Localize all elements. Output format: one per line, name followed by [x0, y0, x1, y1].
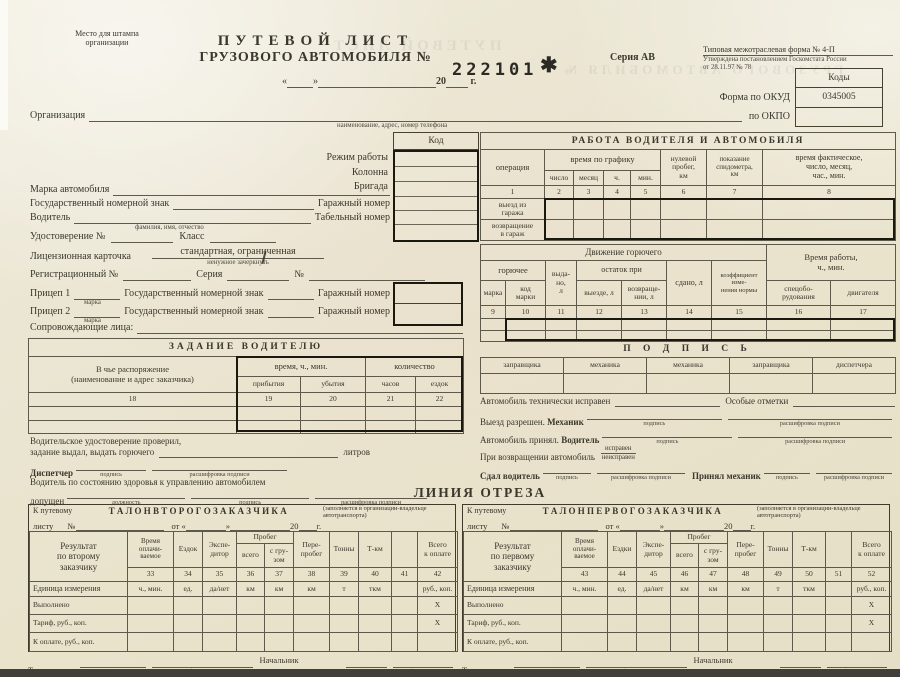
page-title-line1: ПУТЕВОЙ ЛИСТ	[178, 33, 453, 50]
form-cell: км	[671, 582, 699, 597]
form-cell: т	[764, 582, 793, 597]
form-cell: 10	[506, 306, 546, 319]
talon-second-customer: К путевому Т А Л О Н В Т О Р О Г О З А К…	[28, 504, 456, 652]
form-number-note: Типовая межотраслевая форма № 4-П	[703, 45, 893, 56]
form-cell	[546, 319, 577, 331]
form-cell	[416, 407, 464, 421]
form-cell: К оплате, руб., коп.	[464, 633, 562, 652]
talon2-tariff-row: Тариф, руб., коп.X	[30, 615, 458, 633]
form-cell	[294, 633, 330, 652]
blank-signature	[827, 657, 887, 668]
issued-header-cell: выда- но, л	[546, 261, 577, 306]
license-line: Удостоверение №Класс	[30, 231, 276, 243]
form-cell: 37	[265, 568, 294, 582]
receiver-signature: подпись	[764, 463, 810, 482]
blank-month	[318, 77, 436, 88]
form-cell: 50	[793, 568, 826, 582]
decor: заправщикамеханикамеханиказаправщикадисп…	[481, 358, 896, 394]
task-title-row: ЗАДАНИЕ ВОДИТЕЛЮ	[29, 339, 464, 357]
work-header-row: операция время по графику нулевой пробег…	[481, 150, 896, 171]
operation-header-cell: операция	[481, 150, 545, 186]
exit-allowed-label: Выезд разрешен.	[480, 417, 545, 428]
form-cell	[730, 374, 813, 394]
exit-allowed-line: Выезд разрешен. Механик подпись расшифро…	[480, 409, 895, 428]
form-cell: да/нет	[637, 582, 671, 597]
blank-signature	[780, 657, 821, 668]
year-suffix: г.	[471, 76, 477, 88]
form-cell	[831, 319, 896, 331]
signature-section-title: П О Д П И С Ь	[480, 344, 895, 354]
blank-license-number	[111, 232, 173, 243]
task-entry-row	[29, 421, 464, 434]
form-cell	[392, 597, 418, 615]
blank-class	[210, 232, 276, 243]
blank-talon-month	[230, 520, 290, 531]
form-cell: 35	[203, 568, 237, 582]
blank-special-notes	[793, 396, 895, 407]
form-cell: ч., мин.	[128, 582, 174, 597]
form-cell: руб., коп.	[852, 582, 892, 597]
blank-organization	[89, 111, 742, 122]
overrun-header: Пере- пробег	[294, 532, 330, 568]
form-cell	[301, 421, 366, 434]
form-cell: 45	[637, 568, 671, 582]
form-cell	[174, 633, 203, 652]
driver-task-table: ЗАДАНИЕ ВОДИТЕЛЮ В чье распоряжение (наи…	[28, 338, 464, 434]
time-header-cell: время, ч., мин.	[237, 357, 366, 377]
talon2-caption: К путевому Т А Л О Н В Т О Р О Г О З А К…	[29, 505, 455, 531]
talon1-note: (заполняется в организации-владельце авт…	[757, 506, 885, 520]
talon2-note: (заполняется в организации-владельце авт…	[323, 506, 451, 520]
form-cell: Тариф, руб., коп.	[30, 615, 128, 633]
form-cell: выезд из гаража	[481, 199, 545, 220]
form-cell: 13	[622, 306, 667, 319]
code-entry-box	[393, 150, 479, 242]
form-cell	[294, 615, 330, 633]
talon1-units-row: Единица измеренияч., мин.ед.да/неткмкмкм…	[464, 582, 892, 597]
form-cell	[608, 633, 637, 652]
garage-number-label: Гаражный номер	[318, 198, 390, 210]
form-cell: спецобо- рудования	[767, 281, 831, 306]
blank-vehicle-make	[113, 185, 390, 196]
task-table-title: ЗАДАНИЕ ВОДИТЕЛЮ	[29, 339, 464, 357]
blank-talon-year	[299, 520, 317, 531]
form-cell	[852, 633, 892, 652]
form-cell: 42	[418, 568, 458, 582]
form-cell: 11	[546, 306, 577, 319]
run-header: Пробег	[237, 532, 294, 544]
blank-talon-number	[510, 520, 598, 531]
form-cell: 5	[631, 186, 661, 199]
card-options-text: стандартная, ограниченная	[152, 246, 324, 259]
scan-edge-left	[0, 0, 8, 130]
form-cell	[174, 615, 203, 633]
form-cell	[416, 421, 464, 434]
fuel-numbers-row: 91011121314151617	[481, 306, 896, 319]
work-mode-label: Режим работы	[288, 152, 388, 164]
paid-time-header: Время оплачи- ваемое	[128, 532, 174, 568]
form-cell: 52	[852, 568, 892, 582]
form-cell	[562, 597, 608, 615]
form-cell: 1	[481, 186, 545, 199]
tkm-header: Т-км	[359, 532, 392, 568]
form-cell	[604, 199, 631, 220]
registration-line: Регистрационный №Серия№	[30, 269, 425, 281]
form-cell: 4	[604, 186, 631, 199]
overrun-header: Пере- пробег	[728, 532, 764, 568]
card-series-label: Серия	[196, 269, 222, 281]
driver-signature-full: расшифровка подписи	[738, 427, 892, 446]
coefficient-header-cell: коэффициент изме- нения нормы	[712, 261, 767, 306]
form-cell: X	[418, 597, 458, 615]
form-cell	[671, 597, 699, 615]
form-cell	[545, 220, 574, 241]
card-no-label: №	[294, 269, 304, 281]
form-cell: ткм	[793, 582, 826, 597]
zero-run-header-cell: нулевой пробег, км	[661, 150, 707, 186]
blank-col-header	[392, 532, 418, 568]
form-cell	[707, 199, 763, 220]
signature-full-hint: расшифровка подписи	[611, 474, 671, 482]
fuel-table: Движение горючего Время работы, ч., мин.…	[480, 244, 896, 342]
form-cell	[481, 374, 564, 394]
form-cell	[545, 199, 574, 220]
form-cell	[574, 199, 604, 220]
form-cell: Единица измерения	[30, 582, 128, 597]
talon-no-label: №	[501, 521, 509, 531]
form-cell	[647, 374, 730, 394]
form-cell	[330, 615, 359, 633]
form-cell	[793, 597, 826, 615]
form-cell	[128, 615, 174, 633]
form-cell: 47	[699, 568, 728, 582]
vehicle-make-label: Марка автомобиля	[30, 184, 109, 196]
blank-technically-ok	[615, 396, 720, 407]
remainder-header-cell: остаток при	[577, 261, 667, 281]
blank-signature	[764, 463, 810, 474]
license-checked-line: Водительское удостоверение проверил,	[30, 436, 181, 447]
license-card-label: Лицензионная карточка	[30, 251, 131, 263]
driver-signature: подпись	[602, 427, 732, 446]
form-cell	[359, 633, 392, 652]
form-cell	[562, 615, 608, 633]
form-cell	[767, 319, 831, 331]
blank-signature	[602, 427, 732, 438]
license-card-options: стандартная, ограниченная ненужное зачер…	[152, 246, 324, 267]
form-cell	[392, 633, 418, 652]
form-cell: 3	[574, 186, 604, 199]
technically-ok-label: Автомобиль технически исправен	[480, 396, 610, 407]
scan-edge-bottom	[0, 669, 900, 677]
form-cell	[237, 633, 265, 652]
registration-number-label: Регистрационный №	[30, 269, 118, 281]
form-cell: код марки	[506, 281, 546, 306]
blank-talon-year	[733, 520, 751, 531]
code-cell	[395, 182, 477, 197]
form-approved-note: Утверждена постановлением Госкомстата Ро…	[703, 56, 893, 64]
talon2-header-row: Результат по второму заказчику Время опл…	[30, 532, 458, 544]
form-cell: всего	[237, 544, 265, 568]
form-cell	[712, 319, 767, 331]
form-cell	[667, 319, 712, 331]
task-entry-row	[29, 407, 464, 421]
total-pay-header: Всего к оплате	[418, 532, 458, 568]
form-cell: число	[545, 171, 574, 186]
state-plate-line: Государственный номерной знакГаражный но…	[30, 198, 390, 210]
form-cell: 9	[481, 306, 506, 319]
form-cell	[359, 597, 392, 615]
form-cell	[763, 220, 896, 241]
talon-no-label: №	[67, 521, 75, 531]
fuel-title-row: Движение горючего Время работы, ч., мин.	[481, 245, 896, 261]
form-cell: заправщика	[481, 358, 564, 374]
blank-escort	[137, 323, 463, 334]
form-cell: 21	[366, 393, 416, 407]
form-cell: X	[418, 615, 458, 633]
form-cell: да/нет	[203, 582, 237, 597]
work-time-header-cell: Время работы, ч., мин.	[767, 245, 896, 281]
form-cell	[265, 597, 294, 615]
form-cell: 17	[831, 306, 896, 319]
vehicle-make-line: Марка автомобиля	[30, 184, 390, 196]
work-title-row: РАБОТА ВОДИТЕЛЯ И АВТОМОБИЛЯ	[481, 133, 896, 150]
trailer2-plate-label: Государственный номерной знак	[124, 306, 263, 318]
form-cell	[637, 615, 671, 633]
blank-driver-name	[74, 213, 311, 224]
trailer1-label: Прицеп 1	[30, 288, 70, 300]
talon1-caption: К путевому Т А Л О Н П Е Р В О Г О З А К…	[463, 505, 889, 531]
mechanic-signature-full: расшифровка подписи	[728, 409, 892, 428]
blank-card-number	[309, 270, 425, 281]
form-cell: 41	[392, 568, 418, 582]
form-cell	[564, 374, 647, 394]
form-title: ПУТЕВОЙ ЛИСТ ГРУЗОВОГО АВТОМОБИЛЯ №	[178, 33, 453, 66]
blank-signature	[514, 657, 581, 668]
form-cell	[392, 582, 418, 597]
trailer2-label: Прицеп 2	[30, 306, 70, 318]
form-cell: 6	[661, 186, 707, 199]
form-cell	[622, 331, 667, 342]
form-cell	[826, 615, 852, 633]
dispatcher-signature-full: расшифровка подписи	[152, 460, 287, 479]
talon-year-prefix: 20	[290, 521, 299, 531]
blank-col-header	[826, 532, 852, 568]
talon2-payable-row: К оплате, руб., коп.	[30, 633, 458, 652]
form-cell	[763, 199, 896, 220]
talon1-title: Т А Л О Н П Е Р В О Г О З А К А З Ч И К …	[543, 506, 721, 516]
form-cell	[330, 597, 359, 615]
talon1-table: Результат по первому заказчику Время опл…	[463, 531, 892, 652]
stamp-note-line2: организации	[52, 38, 162, 47]
blank-signature	[816, 463, 892, 474]
organization-hint: наименование, адрес, номер телефона	[337, 122, 447, 130]
to-waybill-label1: К путевому	[33, 506, 72, 515]
blank-day	[287, 77, 313, 88]
paid-time-header: Время оплачи- ваемое	[562, 532, 608, 568]
special-notes-label: Особые отметки	[725, 396, 788, 407]
form-cell	[577, 319, 622, 331]
decor: листу № от « » 20 г.	[467, 520, 885, 531]
dispatcher-line: Диспетчер подпись расшифровка подписи	[30, 460, 290, 479]
receiver-signature-full: расшифровка подписи	[816, 463, 892, 482]
form-cell	[631, 199, 661, 220]
code-cell	[395, 284, 461, 304]
handed-by-driver-label: Сдал водитель	[480, 471, 540, 482]
trailer1-garage-label: Гаражный номер	[318, 288, 390, 300]
handover-signature-full: расшифровка подписи	[597, 463, 685, 482]
dispatcher-signature: подпись	[76, 460, 146, 479]
mechanic-signature: подпись	[587, 409, 722, 428]
organization-line: Организация	[30, 110, 742, 122]
form-cell: 38	[294, 568, 330, 582]
form-cell	[728, 597, 764, 615]
form-cell	[203, 597, 237, 615]
talon2-units-row: Единица измеренияч., мин.ед.да/неткмкмкм…	[30, 582, 458, 597]
code-cell	[395, 197, 477, 211]
actual-time-header-cell: время фактическое, число, месяц, час., м…	[763, 150, 896, 186]
liters-label: литров	[343, 447, 370, 458]
form-cell: 18	[29, 393, 237, 407]
driver-work-table: РАБОТА ВОДИТЕЛЯ И АВТОМОБИЛЯ операция вр…	[480, 132, 896, 241]
blank-talon-day	[620, 520, 660, 531]
form-cell	[764, 615, 793, 633]
form-cell: 51	[826, 568, 852, 582]
blank-talon-number	[76, 520, 164, 531]
blank-signature	[346, 657, 387, 668]
speedometer-header-cell: показание спидометра, км	[707, 150, 763, 186]
trailer2-garage-label: Гаражный номер	[318, 306, 390, 318]
blank-state-plate	[173, 199, 314, 210]
form-cell	[366, 421, 416, 434]
form-cell	[294, 597, 330, 615]
form-cell	[481, 331, 506, 342]
blank-signature	[152, 657, 252, 668]
date-line: «»20 г.	[282, 76, 512, 88]
trips-header: Ездки	[608, 532, 637, 568]
talon-first-customer: К путевому Т А Л О Н П Е Р В О Г О З А К…	[462, 504, 890, 652]
form-cell: 39	[330, 568, 359, 582]
decor: Результат по первому заказчику Время опл…	[464, 532, 892, 652]
talon2-table: Результат по второму заказчику Время опл…	[29, 531, 458, 652]
to-waybill-label2: листу	[467, 521, 487, 531]
form-cell: возвраще- нии, л	[622, 281, 667, 306]
fuel-issue-line: задание выдал, выдать горючеголитров	[30, 447, 370, 458]
form-cell: двигателя	[831, 281, 896, 306]
blank-signature	[597, 463, 685, 474]
work-table-title: РАБОТА ВОДИТЕЛЯ И АВТОМОБИЛЯ	[481, 133, 896, 150]
code-cell	[395, 152, 477, 167]
task-header-row: В чье распоряжение (наименование и адрес…	[29, 357, 464, 377]
talon-year-suffix: г.	[317, 521, 322, 531]
form-cell: часов	[366, 377, 416, 393]
form-cell	[637, 633, 671, 652]
form-cell: механика	[647, 358, 730, 374]
form-cell	[831, 331, 896, 342]
signature-entry-row	[481, 374, 896, 394]
talon1-stub-cell: Результат по первому заказчику	[464, 532, 562, 582]
form-cell: возвращение в гараж	[481, 220, 545, 241]
blank-signature	[587, 409, 722, 420]
form-cell	[574, 220, 604, 241]
signature-hint: подпись	[556, 474, 578, 482]
code-cell	[395, 167, 477, 182]
unserviceable-option: неисправен	[602, 454, 635, 462]
decor: К путевому Т А Л О Н В Т О Р О Г О З А К…	[33, 506, 451, 520]
form-cell: марка	[481, 281, 506, 306]
form-cell	[767, 331, 831, 342]
form-cell	[793, 633, 826, 652]
form-cell: ткм	[359, 582, 392, 597]
form-cell	[265, 633, 294, 652]
form-cell	[622, 319, 667, 331]
serviceable-option: исправен	[601, 445, 636, 454]
blank-signature	[152, 460, 287, 471]
blank-signature	[76, 460, 146, 471]
decor: К путевому Т А Л О Н П Е Р В О Г О З А К…	[467, 506, 885, 520]
form-cell	[667, 331, 712, 342]
form-cell	[237, 597, 265, 615]
form-cell	[128, 597, 174, 615]
driver-line: ВодительТабельный номер	[30, 212, 390, 224]
form-cell	[546, 331, 577, 342]
form-cell: мин.	[631, 171, 661, 186]
form-cell: ч.	[604, 171, 631, 186]
form-cell	[707, 220, 763, 241]
form-cell	[203, 615, 237, 633]
form-cell: 40	[359, 568, 392, 582]
state-plate-label: Государственный номерной знак	[30, 198, 169, 210]
form-cell: 49	[764, 568, 793, 582]
form-cell: К оплате, руб., коп.	[30, 633, 128, 652]
form-cell: 34	[174, 568, 203, 582]
form-cell	[699, 597, 728, 615]
decor: Результат по второму заказчику Время опл…	[30, 532, 458, 652]
vehicle-accepted-line: Автомобиль принял. Водитель подпись расш…	[480, 427, 895, 446]
form-cell	[631, 220, 661, 241]
trips-header: Ездок	[174, 532, 203, 568]
form-cell: 7	[707, 186, 763, 199]
decor: РАБОТА ВОДИТЕЛЯ И АВТОМОБИЛЯ операция вр…	[481, 133, 896, 241]
form-cell: с гру- зом	[265, 544, 294, 568]
work-numbers-row: 12345678	[481, 186, 896, 199]
form-cell: т	[330, 582, 359, 597]
talon1-payable-row: К оплате, руб., коп.	[464, 633, 892, 652]
form-cell	[608, 615, 637, 633]
column-label: Колонна	[288, 167, 388, 179]
signature-header-row: заправщикамеханикамеханиказаправщикадисп…	[481, 358, 896, 374]
handed-header-cell: сдано, л	[667, 261, 712, 306]
serviceable-choice: исправен неисправен	[601, 445, 636, 463]
class-label: Класс	[179, 231, 204, 243]
form-cell	[301, 407, 366, 421]
form-cell	[481, 319, 506, 331]
signature-full-hint: расшифровка подписи	[785, 438, 845, 446]
decor: Движение горючего Время работы, ч., мин.…	[481, 245, 896, 342]
signature-full-hint: расшифровка подписи	[824, 474, 884, 482]
form-cell	[608, 597, 637, 615]
mechanic-label: Механик	[547, 417, 584, 428]
license-number-label: Удостоверение №	[30, 231, 105, 243]
stamp-star-mark: ✱	[540, 53, 558, 78]
customer-header-cell: В чье распоряжение (наименование и адрес…	[29, 357, 237, 393]
form-cell: диспетчера	[813, 358, 896, 374]
talon1-header-row: Результат по первому заказчику Время опл…	[464, 532, 892, 544]
personnel-number-label: Табельный номер	[315, 212, 390, 224]
form-cell: X	[852, 615, 892, 633]
form-cell: заправщика	[730, 358, 813, 374]
blank-signature	[393, 657, 453, 668]
blank-talon-month	[664, 520, 724, 531]
